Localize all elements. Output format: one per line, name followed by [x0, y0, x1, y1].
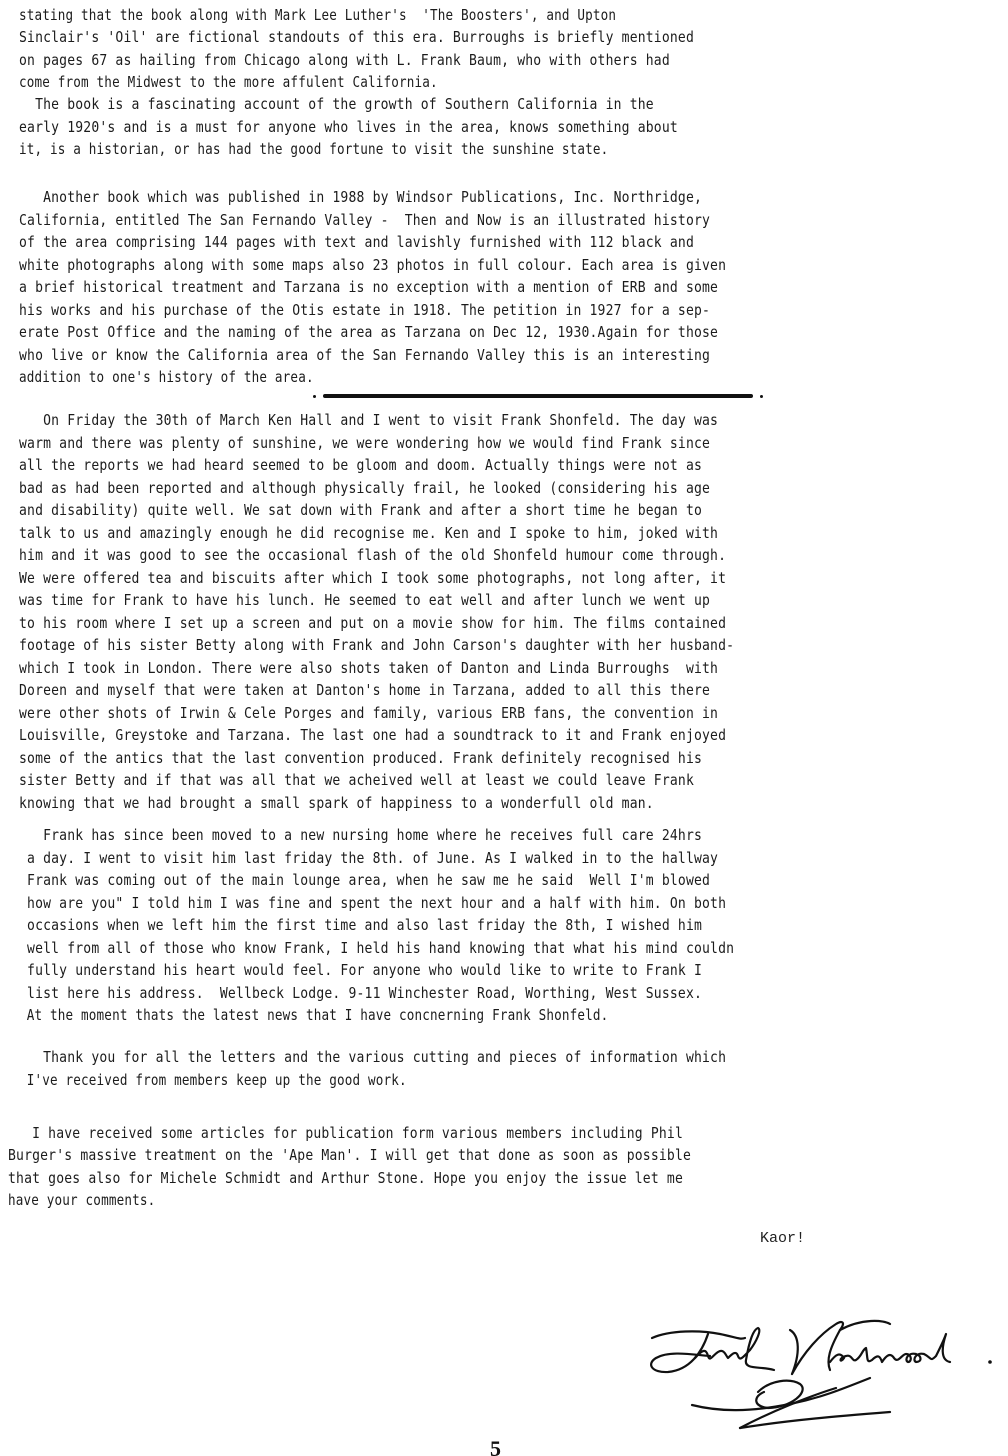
text-line: of the area comprising 144 pages with te… [19, 233, 694, 251]
text-line: Frank has since been moved to a new nurs… [19, 826, 702, 844]
text-line: talk to us and amazingly enough he did r… [19, 524, 718, 542]
text-line: Frank was coming out of the main lounge … [19, 871, 710, 889]
text-line: some of the antics that the last convent… [19, 749, 702, 767]
text-line: come from the Midwest to the more affule… [19, 73, 438, 91]
text-line: Louisville, Greystoke and Tarzana. The l… [19, 726, 726, 744]
text-line: warm and there was plenty of sunshine, w… [19, 434, 710, 452]
signature-image [640, 1300, 1008, 1430]
text-line: who live or know the California area of … [19, 346, 710, 364]
text-line: list here his address. Wellbeck Lodge. 9… [19, 984, 702, 1002]
text-line: occasions when we left him the first tim… [19, 916, 702, 934]
text-line: all the reports we had heard seemed to b… [19, 456, 702, 474]
text-line: fully understand his heart would feel. F… [19, 961, 702, 979]
text-line: At the moment thats the latest news that… [19, 1006, 608, 1024]
text-line: stating that the book along with Mark Le… [19, 6, 616, 24]
text-line: I have received some articles for public… [8, 1124, 683, 1142]
text-line: that goes also for Michele Schmidt and A… [8, 1169, 683, 1187]
text-line: well from all of those who know Frank, I… [19, 939, 734, 957]
text-line: erate Post Office and the naming of the … [19, 323, 718, 341]
text-line: how are you" I told him I was fine and s… [19, 894, 726, 912]
text-line: on pages 67 as hailing from Chicago alon… [19, 51, 670, 69]
text-line: him and it was good to see the occasiona… [19, 546, 726, 564]
text-line: were other shots of Irwin & Cele Porges … [19, 704, 718, 722]
closing-salutation: Kaor! [760, 1230, 805, 1247]
text-line: it, is a historian, or has had the good … [19, 140, 608, 158]
text-line: to his room where I set up a screen and … [19, 614, 726, 632]
text-line: I've received from members keep up the g… [19, 1071, 407, 1089]
text-line: white photographs along with some maps a… [19, 256, 726, 274]
text-line: have your comments. [8, 1191, 155, 1209]
text-line: Sinclair's 'Oil' are fictional standouts… [19, 28, 694, 46]
text-line: a brief historical treatment and Tarzana… [19, 278, 718, 296]
section-divider [313, 393, 763, 401]
text-line: was time for Frank to have his lunch. He… [19, 591, 710, 609]
text-line: knowing that we had brought a small spar… [19, 794, 654, 812]
divider-dot-right [760, 395, 763, 398]
text-line: Burger's massive treatment on the 'Ape M… [8, 1146, 691, 1164]
divider-bar [323, 394, 753, 398]
text-line: We were offered tea and biscuits after w… [19, 569, 726, 587]
text-line: The book is a fascinating account of the… [19, 95, 654, 113]
text-line: which I took in London. There were also … [19, 659, 718, 677]
text-line: addition to one's history of the area. [19, 368, 314, 386]
text-line: Another book which was published in 1988… [19, 188, 702, 206]
text-line: On Friday the 30th of March Ken Hall and… [19, 411, 718, 429]
text-line: Doreen and myself that were taken at Dan… [19, 681, 710, 699]
text-line: sister Betty and if that was all that we… [19, 771, 694, 789]
divider-dot-left [313, 395, 316, 398]
text-line: bad as had been reported and although ph… [19, 479, 710, 497]
text-line: a day. I went to visit him last friday t… [19, 849, 718, 867]
text-line: his works and his purchase of the Otis e… [19, 301, 710, 319]
text-line: early 1920's and is a must for anyone wh… [19, 118, 678, 136]
document-page: stating that the book along with Mark Le… [0, 0, 1008, 1456]
text-line: Thank you for all the letters and the va… [19, 1048, 726, 1066]
text-line: footage of his sister Betty along with F… [19, 636, 734, 654]
text-line: California, entitled The San Fernando Va… [19, 211, 710, 229]
page-number: 5 [490, 1436, 501, 1456]
text-line: and disability) quite well. We sat down … [19, 501, 702, 519]
